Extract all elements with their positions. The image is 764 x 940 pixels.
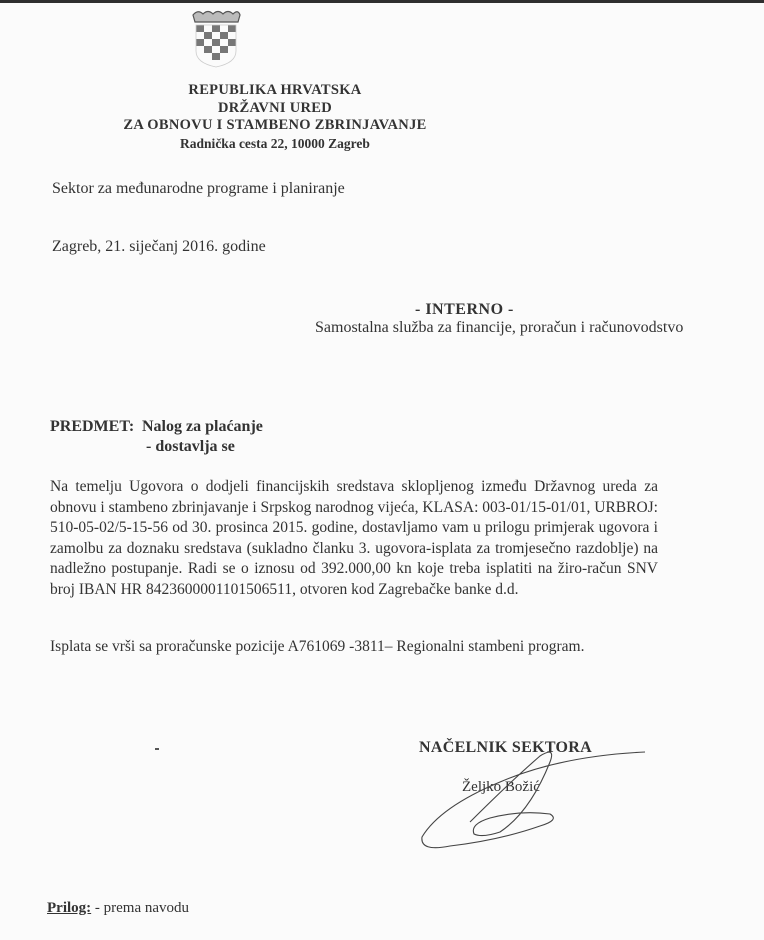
place-and-date: Zagreb, 21. siječanj 2016. godine <box>52 236 266 257</box>
letterhead-office: DRŽAVNI URED <box>110 100 440 118</box>
attachment: Prilog: - prema navodu <box>47 898 189 919</box>
letterhead-country: REPUBLIKA HRVATSKA <box>110 82 440 100</box>
subject: PREDMET:Nalog za plaćanje - dostavlja se <box>50 417 263 457</box>
body-paragraph-1: Na temelju Ugovora o dodjeli financijski… <box>50 477 658 601</box>
handwritten-signature-icon <box>410 742 650 852</box>
attachment-label: Prilog: <box>47 900 91 916</box>
subject-line-1: Nalog za plaćanje <box>142 418 263 435</box>
letterhead-address: Radnička cesta 22, 10000 Zagreb <box>110 135 440 153</box>
recipient-name: Samostalna služba za financije, proračun… <box>315 317 683 338</box>
croatian-coat-of-arms-icon <box>190 9 242 69</box>
body-paragraph-2: Isplata se vrši sa proračunske pozicije … <box>50 636 584 657</box>
scan-speck <box>155 748 159 750</box>
letterhead-office-scope: ZA OBNOVU I STAMBENO ZBRINJAVANJE <box>110 117 440 135</box>
subject-line-2: - dostavlja se <box>50 437 263 457</box>
subject-label: PREDMET: <box>50 417 142 437</box>
attachment-value: - prema navodu <box>95 900 189 916</box>
letterhead: REPUBLIKA HRVATSKA DRŽAVNI URED ZA OBNOV… <box>110 82 440 152</box>
scan-top-edge <box>0 0 764 3</box>
sender-sector: Sektor za međunarodne programe i planira… <box>52 178 352 199</box>
